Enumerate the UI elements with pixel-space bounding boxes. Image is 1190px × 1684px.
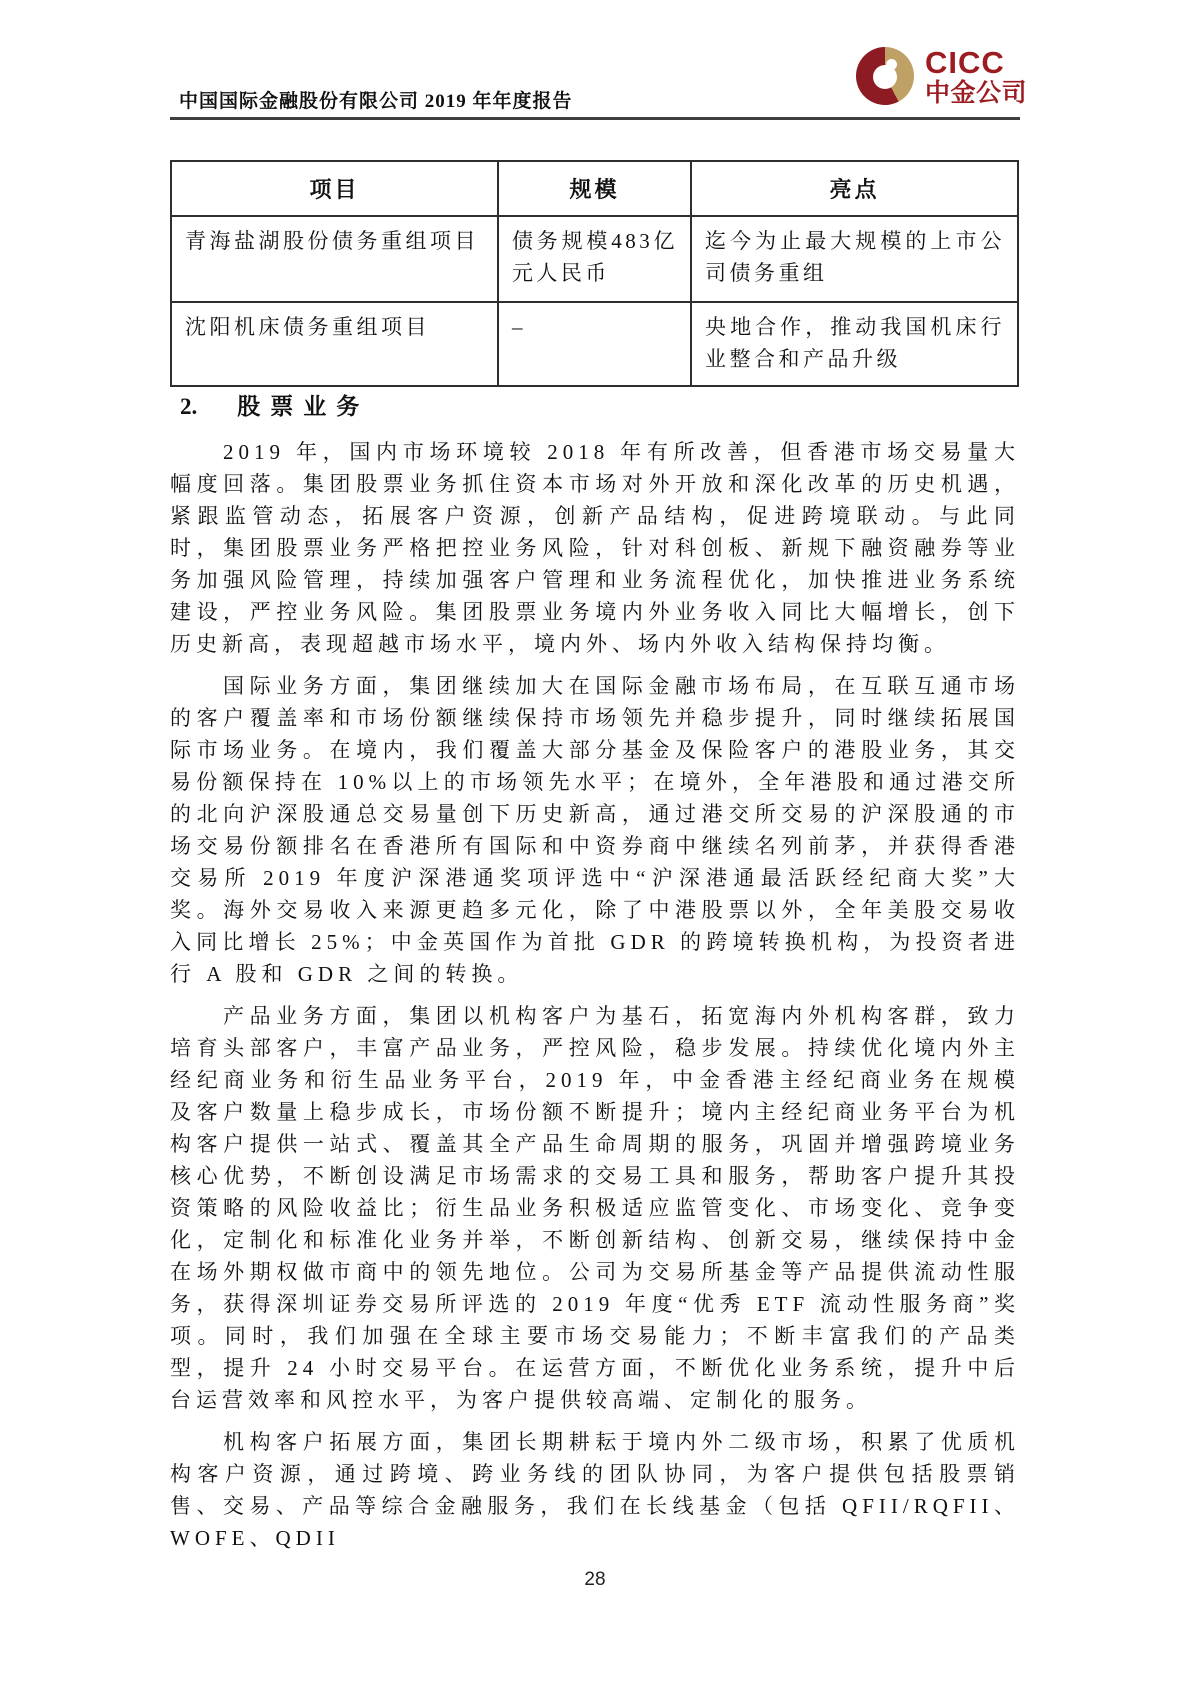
table-row: 沈阳机床债务重组项目 – 央地合作，推动我国机床行业整合和产品升级 <box>171 302 1018 386</box>
page-number: 28 <box>0 1569 1190 1591</box>
paragraph: 2019 年，国内市场环境较 2018 年有所改善，但香港市场交易量大幅度回落。… <box>170 436 1020 660</box>
paragraph: 机构客户拓展方面，集团长期耕耘于境内外二级市场，积累了优质机构客户资源，通过跨境… <box>170 1426 1020 1554</box>
cicc-logo: CICC 中金公司 <box>856 47 1027 106</box>
table-header-row: 项目 规模 亮点 <box>171 161 1018 216</box>
table-cell-scale: – <box>498 302 691 386</box>
column-header-highlight: 亮点 <box>691 161 1018 216</box>
cicc-logo-icon <box>856 47 914 105</box>
section-number: 2. <box>180 394 197 420</box>
section-heading: 2.股票业务 <box>180 388 369 421</box>
logo-text: CICC 中金公司 <box>925 47 1027 106</box>
table-cell-project: 沈阳机床债务重组项目 <box>171 302 498 386</box>
logo-text-cn: 中金公司 <box>925 80 1027 106</box>
body-text: 2019 年，国内市场环境较 2018 年有所改善，但香港市场交易量大幅度回落。… <box>170 436 1020 1564</box>
table-cell-highlight: 迄今为止最大规模的上市公司债务重组 <box>691 216 1018 302</box>
document-page: 中国国际金融股份有限公司 2019 年年度报告 CICC 中金公司 项目 规模 … <box>0 0 1190 1684</box>
header-divider <box>170 117 1020 120</box>
table-cell-scale: 债务规模483亿元人民币 <box>498 216 691 302</box>
logo-notch-shape <box>886 59 897 70</box>
report-title: 中国国际金融股份有限公司 2019 年年度报告 <box>179 86 573 113</box>
table-cell-project: 青海盐湖股份债务重组项目 <box>171 216 498 302</box>
table-row: 青海盐湖股份债务重组项目 债务规模483亿元人民币 迄今为止最大规模的上市公司债… <box>171 216 1018 302</box>
table-cell-highlight: 央地合作，推动我国机床行业整合和产品升级 <box>691 302 1018 386</box>
deals-table: 项目 规模 亮点 青海盐湖股份债务重组项目 债务规模483亿元人民币 迄今为止最… <box>170 160 1019 387</box>
section-title: 股票业务 <box>237 388 369 421</box>
logo-text-en: CICC <box>925 47 1027 80</box>
column-header-scale: 规模 <box>498 161 691 216</box>
column-header-project: 项目 <box>171 161 498 216</box>
paragraph: 产品业务方面，集团以机构客户为基石，拓宽海内外机构客群，致力培育头部客户，丰富产… <box>170 1000 1020 1416</box>
paragraph: 国际业务方面，集团继续加大在国际金融市场布局，在互联互通市场的客户覆盖率和市场份… <box>170 670 1020 990</box>
